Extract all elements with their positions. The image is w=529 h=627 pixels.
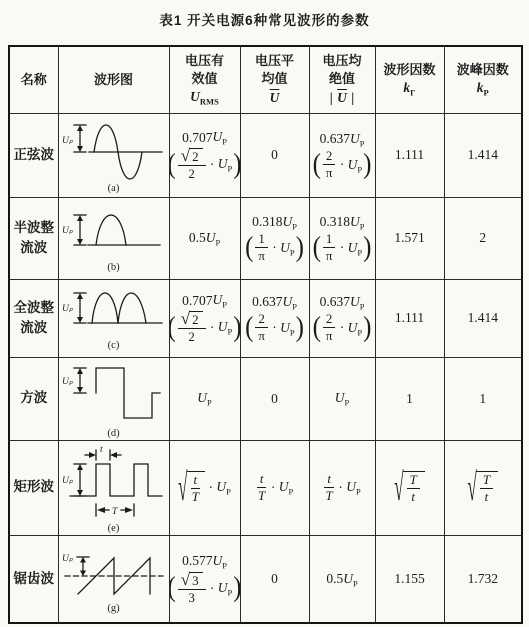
amplitude-label: Uₚ [62,226,74,236]
rms-value-cell: UP [169,357,240,440]
rms-value-cell: 0.5UP [169,197,240,279]
period-label: T [112,507,118,517]
amplitude-label: Uₚ [62,377,74,387]
header-row: 名称 波形图 电压有 效值 URMS 电压平 均值 U 电压均 绝值 | U |… [9,46,522,113]
formula: tT · UP [311,472,374,503]
formula: tT · UP [242,472,308,503]
formula: 1.732 [446,570,521,588]
formula: 0 [242,570,308,588]
average-value-cell: 0.637UP(2π · UP) [240,279,309,357]
formula: 1.414 [446,146,521,164]
row-name-cell: 半波整 流波 [9,197,58,279]
formula: 0 [242,390,308,408]
rms-value-cell: 0.577UP(√33 · UP) [169,535,240,623]
formula: 2 [446,229,521,247]
figure-label: (d) [107,428,119,439]
pulse-width-label: t [100,445,103,455]
crest-factor-cell: 2 [444,197,522,279]
table-row-sawtooth: 锯齿波 Uₚ (g) 0.577UP( [9,535,522,623]
formula: 1.571 [377,229,443,247]
crest-factor-cell: 1 [444,357,522,440]
table-title: 表1 开关电源6种常见波形的参数 [0,9,529,29]
scanned-book-page: 表1 开关电源6种常见波形的参数 名称 波形图 电压有 效值 URMS 电压平 … [0,0,529,627]
average-value-cell: 0 [240,357,309,440]
formula: √Tt [446,471,521,504]
abs-average-value-cell: 0.637UP(2π · UP) [309,279,375,357]
amplitude-label: Uₚ [62,136,74,146]
amplitude-label: Uₚ [62,554,74,564]
amplitude-label: Uₚ [62,476,74,486]
formula: 0.707UP(√22 · UP) [171,291,239,344]
formula: 1.414 [446,309,521,327]
table-row-full-wave: 全波整 流波 Uₚ (c) [9,279,522,357]
figure-label: (c) [108,340,120,351]
average-value-cell: 0.318UP(1π · UP) [240,197,309,279]
rms-value-cell: 0.707UP(√22 · UP) [169,113,240,197]
header-label: 波形因数 [377,61,443,79]
waveform-parameters-table: 名称 波形图 电压有 效值 URMS 电压平 均值 U 电压均 绝值 | U |… [8,45,523,624]
figure-label: (g) [107,603,119,614]
table-row-sine: 正弦波 Uₚ (a) 0.707UP( [9,113,522,197]
header-label: 波形图 [60,71,168,89]
waveform-cell: Uₚ (b) [58,197,169,279]
formula: 0.637UP(2π · UP) [242,293,308,344]
formula: √Tt [377,471,443,504]
form-factor-cell: 1.571 [375,197,444,279]
header-symbol: URMS [171,88,239,106]
square-waveform-diagram: Uₚ [62,359,166,427]
header-label: 电压有 效值 [171,52,239,87]
abs-average-value-cell: 0.5UP [309,535,375,623]
header-symbol: | U | [311,89,374,107]
crest-factor-cell: 1.732 [444,535,522,623]
formula: UP [311,389,374,407]
row-name-cell: 锯齿波 [9,535,58,623]
formula: 0.707UP(√22 · UP) [171,128,239,181]
waveform-cell: Uₚ (g) [58,535,169,623]
formula: 1 [377,390,443,408]
rms-value-cell: √tT · UP [169,440,240,535]
header-label: 名称 [11,71,57,89]
average-value-cell: tT · UP [240,440,309,535]
sine-waveform-diagram: Uₚ [62,116,166,182]
average-value-cell: 0 [240,113,309,197]
row-name-cell: 正弦波 [9,113,58,197]
figure-label: (e) [108,523,120,534]
formula: 0.577UP(√33 · UP) [171,552,239,605]
formula: 0.318UP(1π · UP) [311,213,374,264]
formula: 0.637UP(2π · UP) [311,130,374,181]
col-header-crest-factor: 波峰因数 kP [444,46,522,113]
rectangular-waveform-diagram: Uₚ t T [62,442,166,522]
form-factor-cell: 1.155 [375,535,444,623]
formula: 1.111 [377,146,443,164]
form-factor-cell: √Tt [375,440,444,535]
col-header-name: 名称 [9,46,58,113]
row-name-cell: 矩形波 [9,440,58,535]
table-row-half-wave: 半波整 流波 Uₚ (b) 0.5UP [9,197,522,279]
waveform-cell: Uₚ (c) [58,279,169,357]
header-label: 电压均 绝值 [311,52,374,87]
abs-average-value-cell: UP [309,357,375,440]
header-label: 电压平 均值 [242,52,308,87]
formula: 1.111 [377,309,443,327]
form-factor-cell: 1.111 [375,279,444,357]
col-header-abs-average: 电压均 绝值 | U | [309,46,375,113]
row-name-cell: 全波整 流波 [9,279,58,357]
header-symbol: kΓ [377,79,443,97]
amplitude-label: Uₚ [62,304,74,314]
formula: 0.5UP [311,570,374,588]
figure-label: (a) [108,183,120,194]
crest-factor-cell: 1.414 [444,113,522,197]
waveform-cell: Uₚ (d) [58,357,169,440]
abs-average-value-cell: 0.318UP(1π · UP) [309,197,375,279]
col-header-waveform: 波形图 [58,46,169,113]
crest-factor-cell: √Tt [444,440,522,535]
col-header-average: 电压平 均值 U [240,46,309,113]
col-header-form-factor: 波形因数 kΓ [375,46,444,113]
row-name-cell: 方波 [9,357,58,440]
form-factor-cell: 1 [375,357,444,440]
rms-value-cell: 0.707UP(√22 · UP) [169,279,240,357]
sawtooth-waveform-diagram: Uₚ [62,544,166,602]
table-row-square: 方波 Uₚ (d) UP 0 UP [9,357,522,440]
formula: 0.5UP [171,229,239,247]
formula: √tT · UP [171,471,239,504]
waveform-cell: Uₚ t T [58,440,169,535]
crest-factor-cell: 1.414 [444,279,522,357]
table-row-rectangular: 矩形波 Uₚ t T [9,440,522,535]
col-header-rms: 电压有 效值 URMS [169,46,240,113]
header-symbol: U [242,89,308,107]
header-symbol: kP [446,79,521,97]
formula: 1 [446,390,521,408]
formula: 0.318UP(1π · UP) [242,213,308,264]
full-wave-waveform-diagram: Uₚ [62,285,166,339]
formula: 0 [242,146,308,164]
formula: 0.637UP(2π · UP) [311,293,374,344]
formula: 1.155 [377,570,443,588]
header-label: 波峰因数 [446,61,521,79]
form-factor-cell: 1.111 [375,113,444,197]
waveform-cell: Uₚ (a) [58,113,169,197]
figure-label: (b) [107,262,119,273]
abs-average-value-cell: tT · UP [309,440,375,535]
average-value-cell: 0 [240,535,309,623]
formula: UP [171,389,239,407]
abs-average-value-cell: 0.637UP(2π · UP) [309,113,375,197]
half-wave-waveform-diagram: Uₚ [62,203,166,261]
